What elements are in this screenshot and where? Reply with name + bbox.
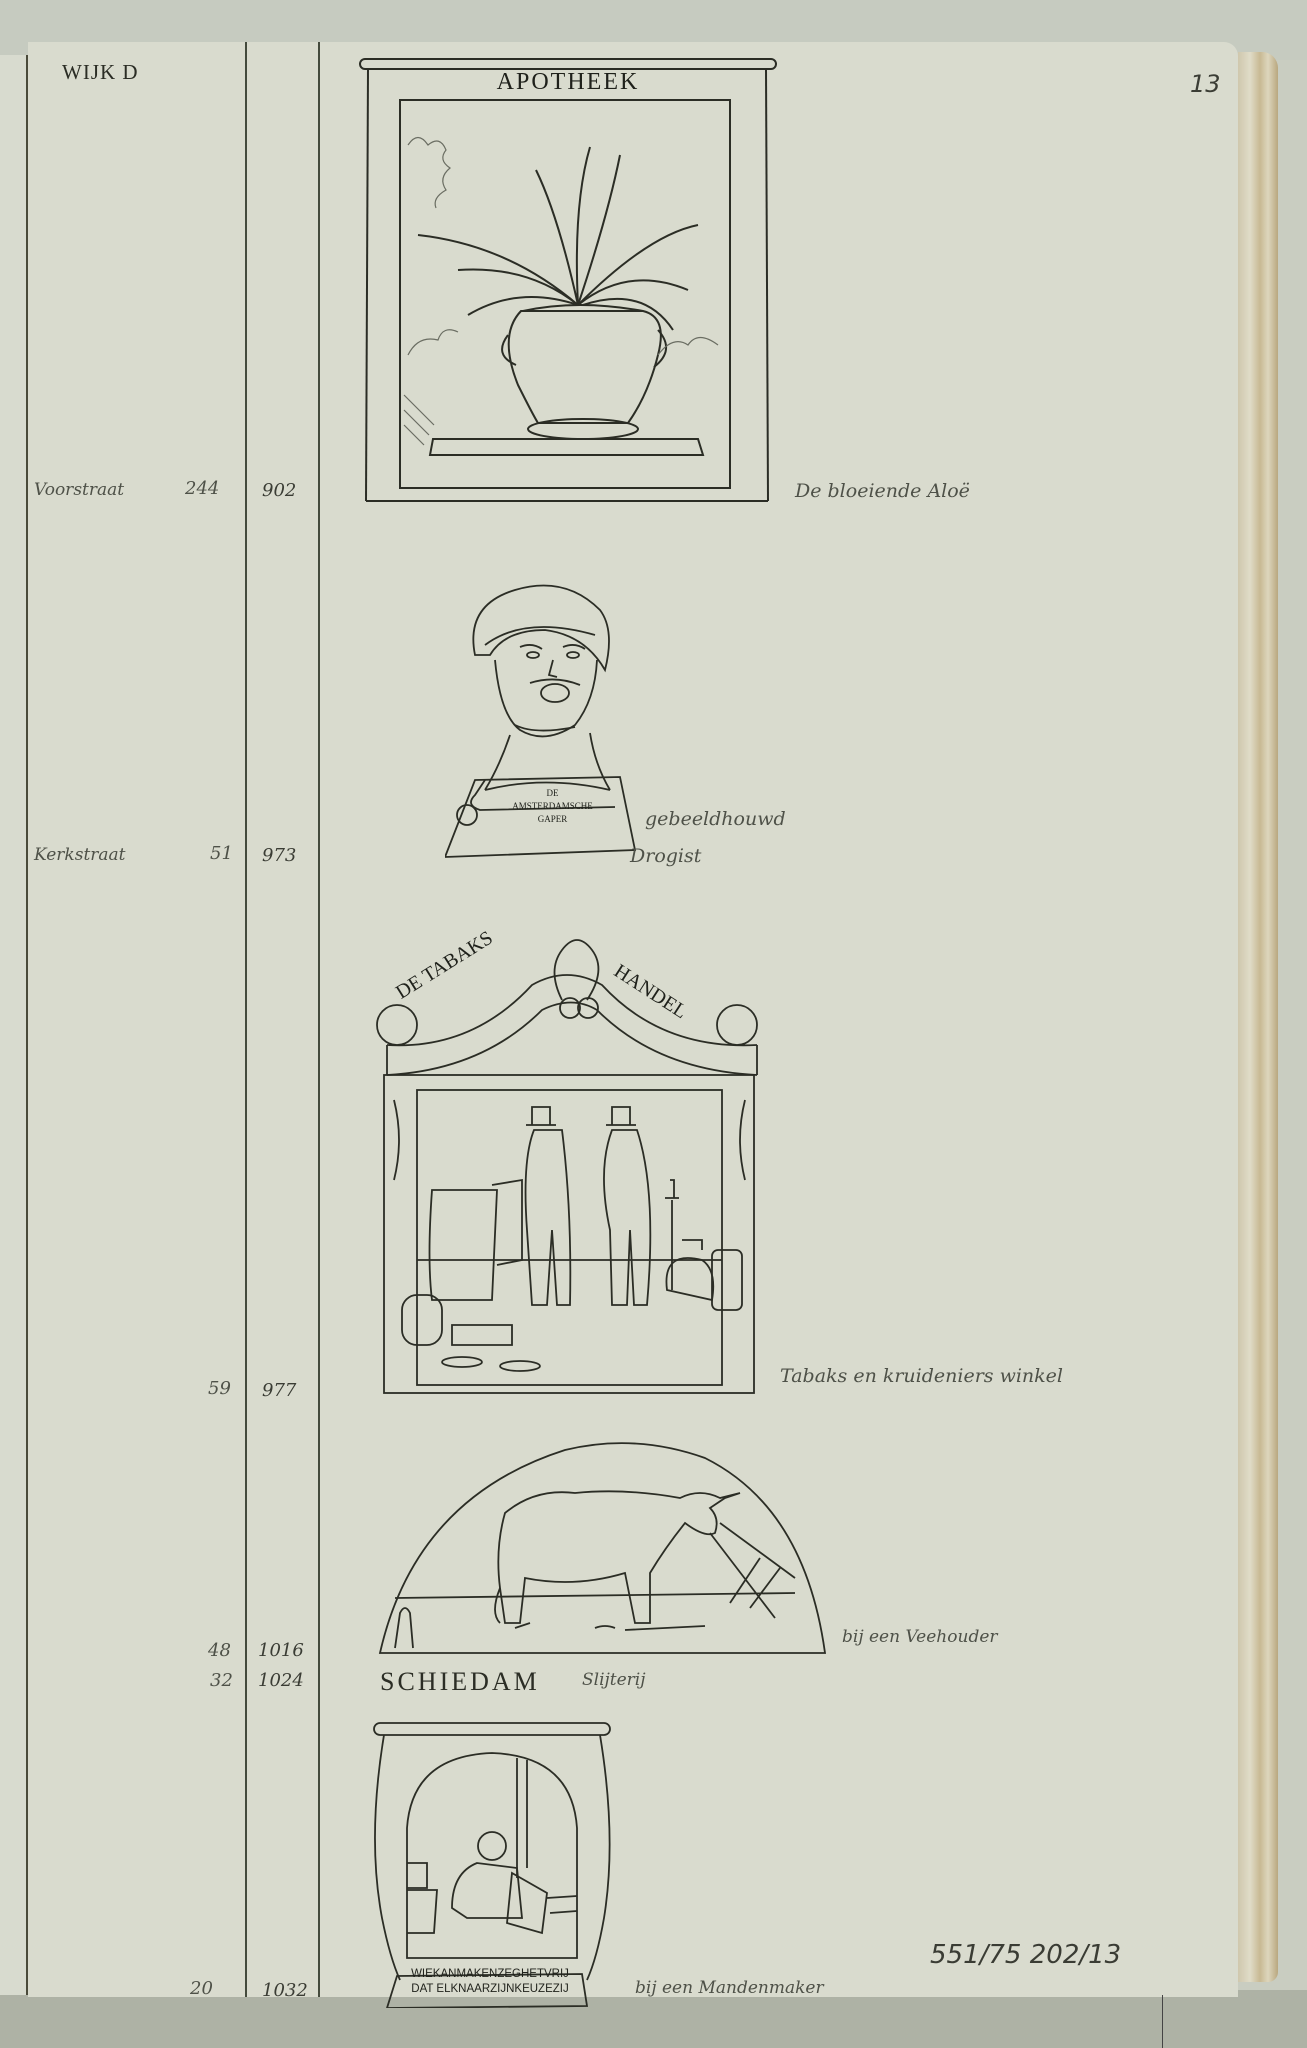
entry-house-number: 59 bbox=[208, 1378, 231, 1399]
entry-register-number: 1016 bbox=[258, 1640, 304, 1661]
entry-note: bij een Mandenmaker bbox=[635, 1978, 824, 1998]
entry-note: bij een Veehouder bbox=[842, 1627, 998, 1647]
basket-maker-illustration bbox=[372, 1718, 612, 2008]
sign-title: DE AMSTERDAMSCHE GAPER bbox=[490, 787, 615, 826]
entry-register-number: 902 bbox=[262, 480, 296, 501]
entry-house-number: 244 bbox=[185, 478, 219, 499]
entry-note: gebeeldhouwd bbox=[645, 808, 786, 830]
facing-page-edge bbox=[0, 55, 28, 1995]
tobacco-shop-illustration bbox=[372, 930, 767, 1400]
entry-register-number: 1032 bbox=[262, 1980, 308, 2001]
sign-tabakshandel: DE TABAKS HANDEL bbox=[372, 930, 767, 1400]
district-header: WIJK D bbox=[62, 60, 139, 85]
sign-gaper: DE AMSTERDAMSCHE GAPER bbox=[445, 575, 645, 865]
sign-motto-line: WIEKANMAKENZEGHETVRIJ bbox=[390, 1967, 590, 1982]
entry-note: Tabaks en kruideniers winkel bbox=[780, 1365, 1063, 1387]
entry-street: Kerkstraat bbox=[34, 845, 126, 865]
sign-title-line: GAPER bbox=[490, 813, 615, 826]
sign-title-line: DE bbox=[490, 787, 615, 800]
page-number: 13 bbox=[1190, 70, 1221, 98]
entry-house-number: 48 bbox=[208, 1640, 231, 1661]
sign-title: APOTHEEK bbox=[358, 69, 778, 96]
page-stack-edge bbox=[1238, 52, 1278, 1982]
entry-house-number: 32 bbox=[210, 1670, 233, 1691]
entry-register-number: 1024 bbox=[258, 1670, 304, 1691]
sign-title-line: AMSTERDAMSCHE bbox=[490, 800, 615, 813]
sign-motto-line: DAT ELKNAARZIJNKEUZEZIJ bbox=[390, 1982, 590, 1997]
entry-house-number: 20 bbox=[190, 1978, 213, 1999]
sign-apotheek: APOTHEEK bbox=[358, 55, 778, 505]
entry-house-number: 51 bbox=[210, 843, 233, 864]
sign-veehouder bbox=[375, 1438, 827, 1656]
entry-street: Voorstraat bbox=[34, 480, 124, 500]
entry-note: Slijterij bbox=[582, 1670, 646, 1690]
sign-title: SCHIEDAM bbox=[380, 1667, 540, 1697]
aloe-pot-illustration bbox=[358, 55, 778, 505]
archive-reference: 551/75 202/13 bbox=[930, 1940, 1121, 1970]
entry-note-secondary: Drogist bbox=[630, 845, 701, 867]
sign-motto: WIEKANMAKENZEGHETVRIJ DAT ELKNAARZIJNKEU… bbox=[390, 1967, 590, 1997]
ox-meadow-illustration bbox=[375, 1438, 827, 1656]
column-rule-house-number bbox=[245, 42, 247, 1997]
binding-line bbox=[1162, 1995, 1163, 2048]
entry-register-number: 977 bbox=[262, 1380, 296, 1401]
column-rule-register-number bbox=[318, 42, 320, 1997]
entry-register-number: 973 bbox=[262, 845, 296, 866]
sign-mandenmaker: WIEKANMAKENZEGHETVRIJ DAT ELKNAARZIJNKEU… bbox=[372, 1718, 612, 2008]
entry-note: De bloeiende Aloë bbox=[795, 480, 970, 502]
